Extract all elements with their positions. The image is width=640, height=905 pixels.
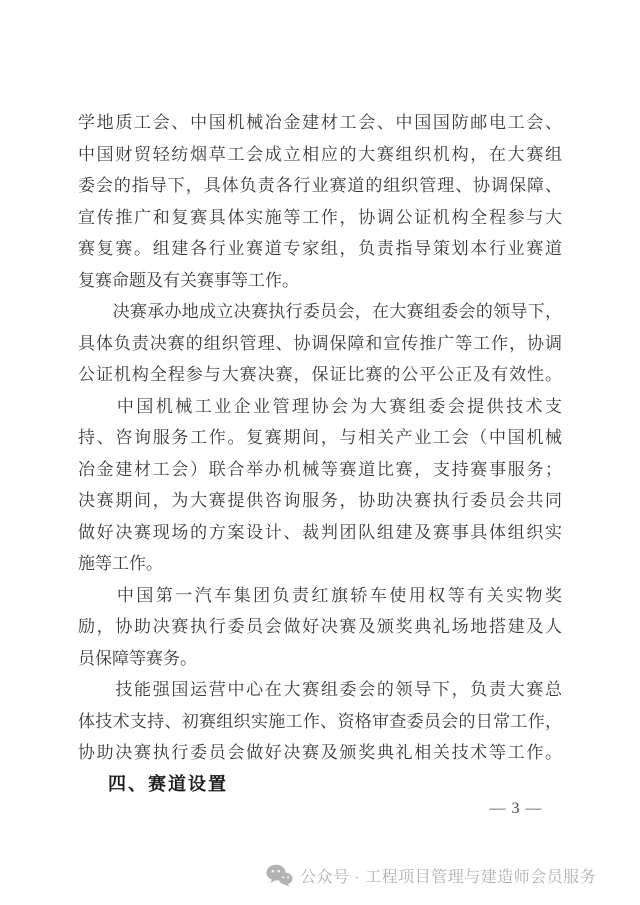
text-line: 协助决赛执行委员会做好决赛及颁奖典礼相关技术等工作。 <box>78 737 562 769</box>
text-line: 员保障等赛务。 <box>78 643 562 675</box>
text-line: 学地质工会、中国机械冶金建材工会、中国国防邮电工会、 <box>78 107 562 139</box>
text-line: 体技术支持、初赛组织实施工作、资格审查委员会的日常工作， <box>78 706 562 738</box>
text-line: 施等工作。 <box>78 548 562 580</box>
text-line: 决赛期间，为大赛提供咨询服务，协助决赛执行委员会共同 <box>78 485 562 517</box>
paragraphs-container: 学地质工会、中国机械冶金建材工会、中国国防邮电工会、中国财贸轻纺烟草工会成立相应… <box>78 107 562 769</box>
paragraph: 中国第一汽车集团负责红旗轿车使用权等有关实物奖励，协助决赛执行委员会做好决赛及颁… <box>78 580 562 675</box>
text-line: 中国财贸轻纺烟草工会成立相应的大赛组织机构，在大赛组 <box>78 139 562 171</box>
text-line: 持、咨询服务工作。复赛期间，与相关产业工会（中国机械 <box>78 422 562 454</box>
watermark-footer: 公众号 · 工程项目管理与建造师会员服务 <box>266 861 596 889</box>
page-number: — 3 — <box>468 800 564 818</box>
text-line: 决赛承办地成立决赛执行委员会，在大赛组委会的领导下， <box>78 296 562 328</box>
document-page: 学地质工会、中国机械冶金建材工会、中国国防邮电工会、中国财贸轻纺烟草工会成立相应… <box>0 0 640 905</box>
text-line: 中国第一汽车集团负责红旗轿车使用权等有关实物奖 <box>78 580 562 612</box>
document-body: 学地质工会、中国机械冶金建材工会、中国国防邮电工会、中国财贸轻纺烟草工会成立相应… <box>78 107 562 800</box>
text-line: 赛复赛。组建各行业赛道专家组，负责指导策划本行业赛道 <box>78 233 562 265</box>
text-line: 公证机构全程参与大赛决赛，保证比赛的公平公正及有效性。 <box>78 359 562 391</box>
text-line: 做好决赛现场的方案设计、裁判团队组建及赛事具体组织实 <box>78 517 562 549</box>
wechat-icon <box>266 864 293 887</box>
section-heading: 四、赛道设置 <box>78 769 562 801</box>
text-line: 具体负责决赛的组织管理、协调保障和宣传推广等工作，协调 <box>78 328 562 360</box>
text-line: 冶金建材工会）联合举办机械等赛道比赛，支持赛事服务； <box>78 454 562 486</box>
paragraph: 决赛承办地成立决赛执行委员会，在大赛组委会的领导下，具体负责决赛的组织管理、协调… <box>78 296 562 391</box>
text-line: 励，协助决赛执行委员会做好决赛及颁奖典礼场地搭建及人 <box>78 611 562 643</box>
text-line: 复赛命题及有关赛事等工作。 <box>78 265 562 297</box>
text-line: 委会的指导下，具体负责各行业赛道的组织管理、协调保障、 <box>78 170 562 202</box>
text-line: 宣传推广和复赛具体实施等工作，协调公证机构全程参与大 <box>78 202 562 234</box>
footer-label: 公众号 · 工程项目管理与建造师会员服务 <box>300 864 596 887</box>
text-line: 中国机械工业企业管理协会为大赛组委会提供技术支 <box>78 391 562 423</box>
paragraph: 学地质工会、中国机械冶金建材工会、中国国防邮电工会、中国财贸轻纺烟草工会成立相应… <box>78 107 562 296</box>
text-line: 技能强国运营中心在大赛组委会的领导下，负责大赛总 <box>78 674 562 706</box>
paragraph: 技能强国运营中心在大赛组委会的领导下，负责大赛总体技术支持、初赛组织实施工作、资… <box>78 674 562 769</box>
paragraph: 中国机械工业企业管理协会为大赛组委会提供技术支持、咨询服务工作。复赛期间，与相关… <box>78 391 562 580</box>
